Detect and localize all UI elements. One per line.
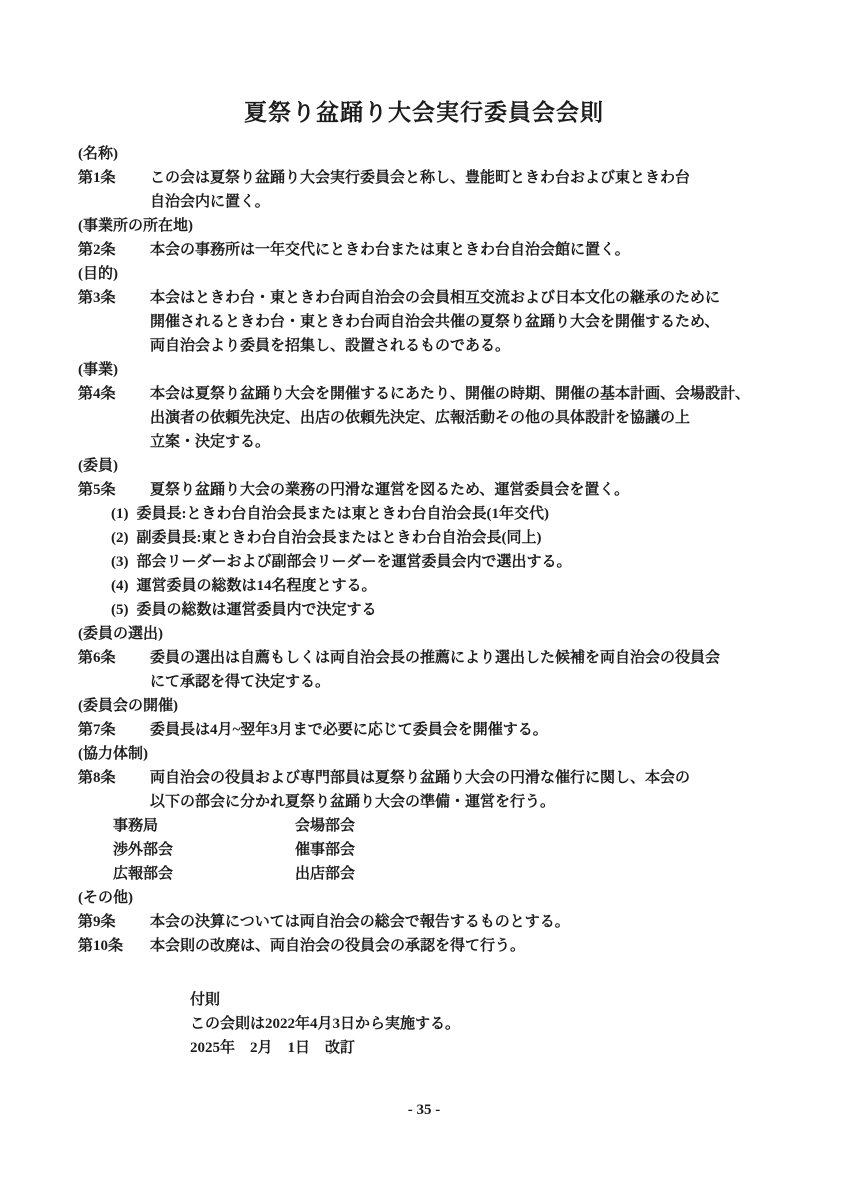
article-number: 第7条 <box>78 718 150 742</box>
article-number: 第4条 <box>78 382 150 454</box>
article-line: 本会の事務所は一年交代にときわ台または東ときわ台自治会館に置く。 <box>150 238 818 262</box>
article-body: 本会の決算については両自治会の総会で報告するものとする。 <box>150 910 818 934</box>
list-item-text: 委員長:ときわ台自治会長または東ときわ台自治会長(1年交代) <box>137 502 550 526</box>
section-heading: (委員) <box>78 454 818 478</box>
article-body: 両自治会の役員および専門部員は夏祭り盆踊り大会の円滑な催行に関し、本会の 以下の… <box>150 766 818 814</box>
article: 第9条 本会の決算については両自治会の総会で報告するものとする。 <box>78 910 818 934</box>
list-item-marker: (2) <box>111 526 129 550</box>
article-line: 立案・決定する。 <box>150 430 818 454</box>
article-number: 第9条 <box>78 910 150 934</box>
list-item-marker: (3) <box>111 550 129 574</box>
article-number: 第3条 <box>78 286 150 358</box>
article-line: 自治会内に置く。 <box>150 190 818 214</box>
article-body: 本会は夏祭り盆踊り大会を開催するにあたり、開催の時期、開催の基本計画、会場設計、… <box>150 382 818 454</box>
article-line: 委員長は4月~翌年3月まで必要に応じて委員会を開催する。 <box>150 718 818 742</box>
list-item: (5) 委員の総数は運営委員内で決定する <box>78 598 818 622</box>
article-number: 第10条 <box>78 934 150 958</box>
article: 第4条 本会は夏祭り盆踊り大会を開催するにあたり、開催の時期、開催の基本計画、会… <box>78 382 818 454</box>
article-body: 本会はときわ台・東ときわ台両自治会の会員相互交流および日本文化の継承のために 開… <box>150 286 818 358</box>
article-line: 本会は夏祭り盆踊り大会を開催するにあたり、開催の時期、開催の基本計画、会場設計、 <box>150 382 818 406</box>
article: 第2条 本会の事務所は一年交代にときわ台または東ときわ台自治会館に置く。 <box>78 238 818 262</box>
article: 第7条 委員長は4月~翌年3月まで必要に応じて委員会を開催する。 <box>78 718 818 742</box>
list-item-text: 運営委員の総数は14名程度とする。 <box>137 574 377 598</box>
article-line: にて承認を得て決定する。 <box>150 670 818 694</box>
article-line: 以下の部会に分かれ夏祭り盆踊り大会の準備・運営を行う。 <box>150 790 818 814</box>
table-row: 広報部会 出店部会 <box>78 862 818 886</box>
article-line: 本会はときわ台・東ときわ台両自治会の会員相互交流および日本文化の継承のために <box>150 286 818 310</box>
list-item-marker: (5) <box>111 598 129 622</box>
list-item: (3) 部会リーダーおよび副部会リーダーを運営委員会内で選出する。 <box>78 550 818 574</box>
department-name: 渉外部会 <box>113 838 295 862</box>
article-number: 第1条 <box>78 166 150 214</box>
article-number: 第6条 <box>78 646 150 694</box>
article: 第10条 本会則の改廃は、両自治会の役員会の承認を得て行う。 <box>78 934 818 958</box>
article-line: 本会則の改廃は、両自治会の役員会の承認を得て行う。 <box>150 934 818 958</box>
list-item-text: 副委員長:東ときわ台自治会長またはときわ台自治会長(同上) <box>137 526 542 550</box>
list-item-marker: (4) <box>111 574 129 598</box>
section-heading: (協力体制) <box>78 742 818 766</box>
article-line: 両自治会の役員および専門部員は夏祭り盆踊り大会の円滑な催行に関し、本会の <box>150 766 818 790</box>
article-body: この会は夏祭り盆踊り大会実行委員会と称し、豊能町ときわ台および東ときわ台 自治会… <box>150 166 818 214</box>
article-line: 開催されるときわ台・東ときわ台両自治会共催の夏祭り盆踊り大会を開催するため、 <box>150 310 818 334</box>
table-row: 渉外部会 催事部会 <box>78 838 818 862</box>
article-body: 本会の事務所は一年交代にときわ台または東ときわ台自治会館に置く。 <box>150 238 818 262</box>
department-name: 広報部会 <box>113 862 295 886</box>
article-line: 委員の選出は自薦もしくは両自治会長の推薦により選出した候補を両自治会の役員会 <box>150 646 818 670</box>
appendix-line: この会則は2022年4月3日から実施する。 <box>190 1012 818 1036</box>
appendix: 付則 この会則は2022年4月3日から実施する。 2025年 2月 1日 改訂 <box>190 988 818 1060</box>
section-heading: (名称) <box>78 142 818 166</box>
appendix-label: 付則 <box>190 988 818 1012</box>
document-page: 夏祭り盆踊り大会実行委員会会則 (名称) 第1条 この会は夏祭り盆踊り大会実行委… <box>0 0 848 1200</box>
article-line: 両自治会より委員を招集し、設置されるものである。 <box>150 334 818 358</box>
department-name: 会場部会 <box>295 814 355 838</box>
article: 第3条 本会はときわ台・東ときわ台両自治会の会員相互交流および日本文化の継承のた… <box>78 286 818 358</box>
section-heading: (委員の選出) <box>78 622 818 646</box>
page-title: 夏祭り盆踊り大会実行委員会会則 <box>0 0 848 126</box>
article-line: 夏祭り盆踊り大会の業務の円滑な運営を図るため、運営委員会を置く。 <box>150 478 818 502</box>
list-item-text: 委員の総数は運営委員内で決定する <box>137 598 377 622</box>
article-line: 本会の決算については両自治会の総会で報告するものとする。 <box>150 910 818 934</box>
article-line: この会は夏祭り盆踊り大会実行委員会と称し、豊能町ときわ台および東ときわ台 <box>150 166 818 190</box>
list-item-text: 部会リーダーおよび副部会リーダーを運営委員会内で選出する。 <box>137 550 572 574</box>
page-number: - 35 - <box>0 1100 848 1120</box>
article: 第6条 委員の選出は自薦もしくは両自治会長の推薦により選出した候補を両自治会の役… <box>78 646 818 694</box>
section-heading: (その他) <box>78 886 818 910</box>
article-body: 本会則の改廃は、両自治会の役員会の承認を得て行う。 <box>150 934 818 958</box>
article: 第1条 この会は夏祭り盆踊り大会実行委員会と称し、豊能町ときわ台および東ときわ台… <box>78 166 818 214</box>
list-item: (1) 委員長:ときわ台自治会長または東ときわ台自治会長(1年交代) <box>78 502 818 526</box>
appendix-line: 2025年 2月 1日 改訂 <box>190 1036 818 1060</box>
table-row: 事務局 会場部会 <box>78 814 818 838</box>
article-number: 第8条 <box>78 766 150 814</box>
article-number: 第5条 <box>78 478 150 502</box>
article: 第8条 両自治会の役員および専門部員は夏祭り盆踊り大会の円滑な催行に関し、本会の… <box>78 766 818 814</box>
section-heading: (目的) <box>78 262 818 286</box>
list-item: (2) 副委員長:東ときわ台自治会長またはときわ台自治会長(同上) <box>78 526 818 550</box>
article-body: 委員の選出は自薦もしくは両自治会長の推薦により選出した候補を両自治会の役員会 に… <box>150 646 818 694</box>
section-heading: (委員会の開催) <box>78 694 818 718</box>
section-heading: (事業所の所在地) <box>78 214 818 238</box>
list-item-marker: (1) <box>111 502 129 526</box>
department-name: 出店部会 <box>295 862 355 886</box>
document-body: (名称) 第1条 この会は夏祭り盆踊り大会実行委員会と称し、豊能町ときわ台および… <box>78 142 818 1060</box>
article-line: 出演者の依頼先決定、出店の依頼先決定、広報活動その他の具体設計を協議の上 <box>150 406 818 430</box>
list-item: (4) 運営委員の総数は14名程度とする。 <box>78 574 818 598</box>
department-name: 事務局 <box>113 814 295 838</box>
article-number: 第2条 <box>78 238 150 262</box>
article-body: 夏祭り盆踊り大会の業務の円滑な運営を図るため、運営委員会を置く。 <box>150 478 818 502</box>
department-name: 催事部会 <box>295 838 355 862</box>
article-body: 委員長は4月~翌年3月まで必要に応じて委員会を開催する。 <box>150 718 818 742</box>
section-heading: (事業) <box>78 358 818 382</box>
article: 第5条 夏祭り盆踊り大会の業務の円滑な運営を図るため、運営委員会を置く。 <box>78 478 818 502</box>
